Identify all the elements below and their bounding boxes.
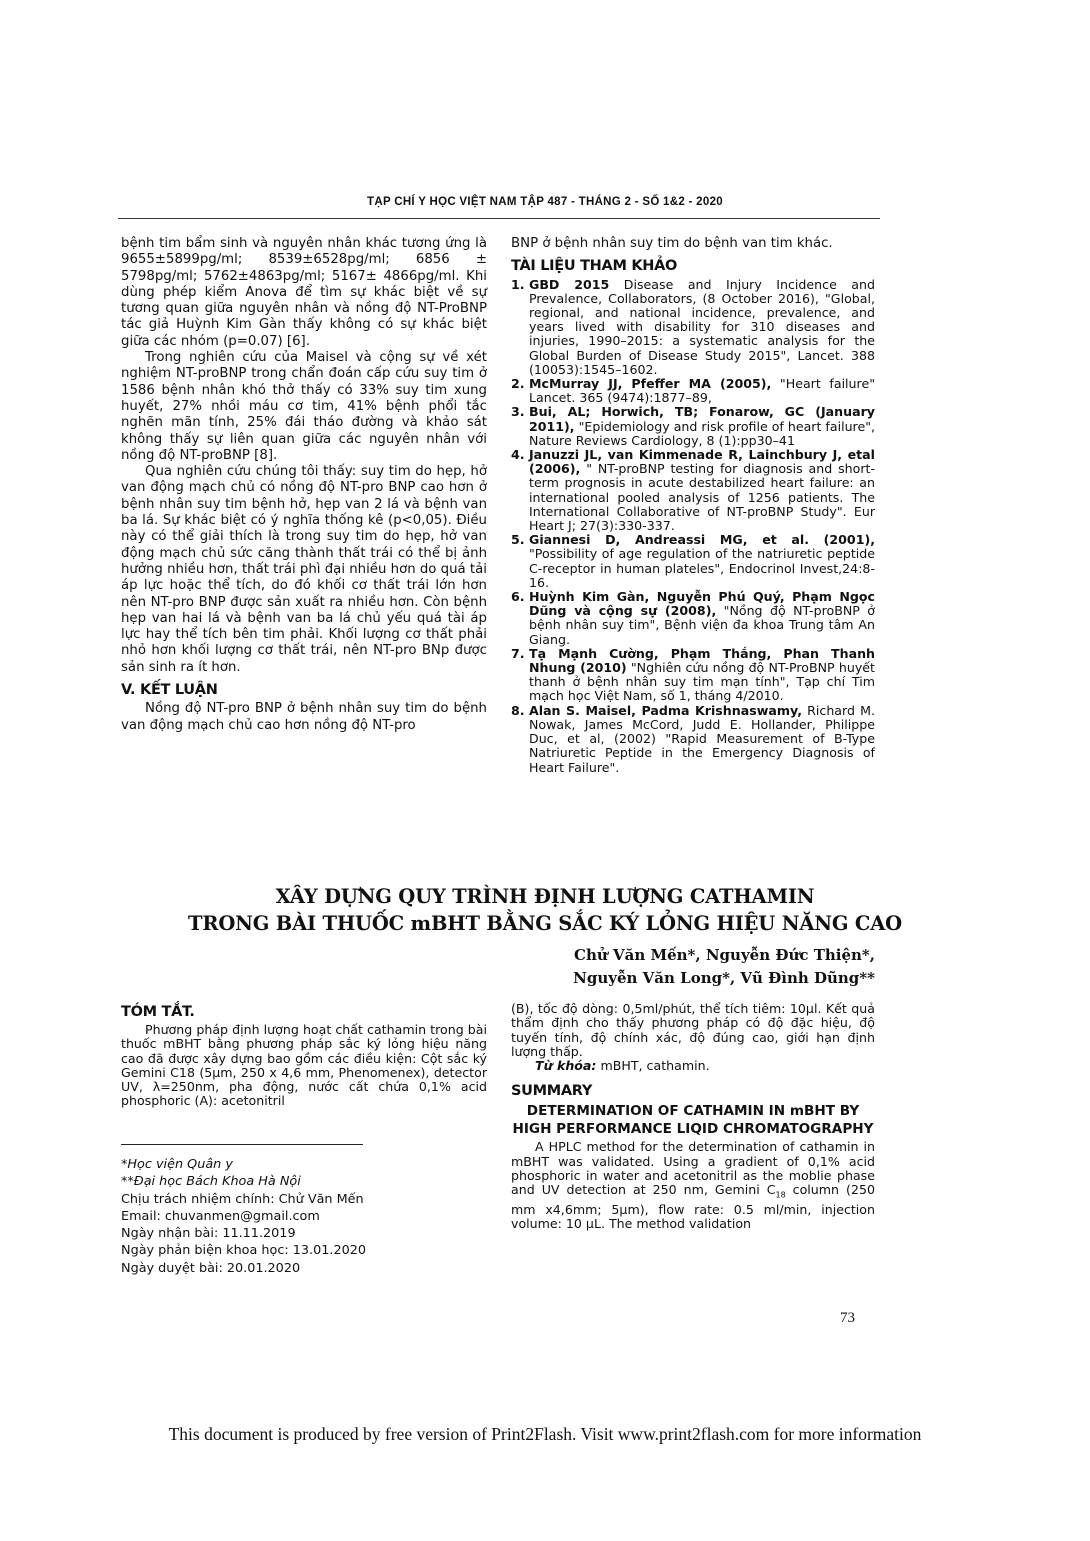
references-heading: TÀI LIỆU THAM KHẢO: [511, 258, 875, 274]
reference-item: 8.Alan S. Maisel, Padma Krishnaswamy, Ri…: [511, 704, 875, 775]
summary-title: DETERMINATION OF CATHAMIN IN mBHT BY HIG…: [511, 1103, 875, 1138]
abstract-text: Phương pháp định lượng hoạt chất cathami…: [121, 1023, 487, 1109]
abstract-heading: TÓM TẮT.: [121, 1004, 487, 1020]
paragraph: Trong nghiên cứu của Maisel và cộng sự v…: [121, 350, 487, 464]
received-date: Ngày nhận bài: 11.11.2019: [121, 1225, 487, 1242]
reference-authors: GBD 2015: [529, 277, 609, 292]
reference-item: 2.McMurray JJ, Pfeffer MA (2005), "Heart…: [511, 377, 875, 405]
reference-item: 4.Januzzi JL, van Kimmenade R, Lainchbur…: [511, 448, 875, 533]
reference-number: 2.: [511, 377, 529, 405]
reference-authors: Alan S. Maisel, Padma Krishnaswamy,: [529, 703, 802, 718]
reference-number: 5.: [511, 533, 529, 590]
footnote-divider: [121, 1144, 363, 1145]
article-authors: Chử Văn Mến*, Nguyễn Đức Thiện*, Nguyễn …: [500, 944, 875, 990]
article-title-line1: XÂY DỰNG QUY TRÌNH ĐỊNH LƯỢNG CATHAMIN: [0, 883, 1090, 910]
accepted-date: Ngày duyệt bài: 20.01.2020: [121, 1260, 487, 1277]
reference-text: "Possibility of age regulation of the na…: [529, 546, 875, 589]
article-title-line2: TRONG BÀI THUỐC mBHT BẰNG SẮC KÝ LỎNG HI…: [0, 910, 1090, 937]
article-title: XÂY DỰNG QUY TRÌNH ĐỊNH LƯỢNG CATHAMIN T…: [0, 883, 1090, 937]
continuation-text: BNP ở bệnh nhân suy tim do bệnh van tim …: [511, 236, 875, 252]
abstract-right: (B), tốc độ dòng: 0,5ml/phút, thể tích t…: [511, 1002, 875, 1232]
reference-number: 6.: [511, 590, 529, 647]
reference-item: 6.Huỳnh Kim Gàn, Nguyễn Phú Quý, Phạm Ng…: [511, 590, 875, 647]
reference-number: 3.: [511, 405, 529, 448]
references-list: 1.GBD 2015 Disease and Injury Incidence …: [511, 278, 875, 775]
reference-item: 7.Tạ Mạnh Cường, Phạm Thắng, Phan Thanh …: [511, 647, 875, 704]
reference-authors: McMurray JJ, Pfeffer MA (2005),: [529, 376, 771, 391]
reference-number: 8.: [511, 704, 529, 775]
summary-text: A HPLC method for the determination of c…: [511, 1140, 875, 1231]
right-column: BNP ở bệnh nhân suy tim do bệnh van tim …: [511, 236, 875, 775]
reference-text: Disease and Injury Incidence and Prevale…: [529, 277, 875, 377]
abstract-left: TÓM TẮT. Phương pháp định lượng hoạt chấ…: [121, 1004, 487, 1109]
paragraph: bệnh tim bẩm sinh và nguyên nhân khác tư…: [121, 236, 487, 350]
keywords: Từ khóa: mBHT, cathamin.: [511, 1059, 875, 1073]
reference-number: 1.: [511, 278, 529, 377]
responsible-author: Chịu trách nhiệm chính: Chử Văn Mến: [121, 1191, 487, 1208]
abstract-continuation: (B), tốc độ dòng: 0,5ml/phút, thể tích t…: [511, 1002, 875, 1059]
keywords-label: Từ khóa:: [535, 1058, 596, 1073]
affiliation-1: *Học viện Quân y: [121, 1156, 487, 1173]
reference-authors: Giannesi D, Andreassi MG, et al. (2001),: [529, 532, 875, 547]
reference-item: 5.Giannesi D, Andreassi MG, et al. (2001…: [511, 533, 875, 590]
authors-line2: Nguyễn Văn Long*, Vũ Đình Dũng**: [500, 967, 875, 990]
conclusion-text: Nồng độ NT-pro BNP ở bệnh nhân suy tim d…: [121, 701, 487, 734]
keywords-value: mBHT, cathamin.: [596, 1058, 709, 1073]
header-divider: [118, 218, 880, 219]
affiliation-2: **Đại học Bách Khoa Hà Nội: [121, 1173, 487, 1190]
reference-item: 3.Bui, AL; Horwich, TB; Fonarow, GC (Jan…: [511, 405, 875, 448]
page-number: 73: [840, 1310, 855, 1327]
authors-line1: Chử Văn Mến*, Nguyễn Đức Thiện*,: [500, 944, 875, 967]
reference-number: 4.: [511, 448, 529, 533]
reference-text: " NT-proBNP testing for diagnosis and sh…: [529, 461, 875, 533]
email: Email: chuvanmen@gmail.com: [121, 1208, 487, 1225]
reference-number: 7.: [511, 647, 529, 704]
conclusion-heading: V. KẾT LUẬN: [121, 682, 487, 698]
reference-text: "Epidemiology and risk profile of heart …: [529, 419, 875, 448]
summary-heading: SUMMARY: [511, 1083, 875, 1099]
left-column: bệnh tim bẩm sinh và nguyên nhân khác tư…: [121, 236, 487, 734]
reference-item: 1.GBD 2015 Disease and Injury Incidence …: [511, 278, 875, 377]
paragraph: Qua nghiên cứu chúng tôi thấy: suy tim d…: [121, 464, 487, 676]
reviewed-date: Ngày phản biện khoa học: 13.01.2020: [121, 1242, 487, 1259]
journal-running-header: TẠP CHÍ Y HỌC VIỆT NAM TẬP 487 - THÁNG 2…: [0, 196, 1090, 208]
print2flash-watermark: This document is produced by free versio…: [0, 1424, 1090, 1445]
footnotes: *Học viện Quân y **Đại học Bách Khoa Hà …: [121, 1156, 487, 1277]
